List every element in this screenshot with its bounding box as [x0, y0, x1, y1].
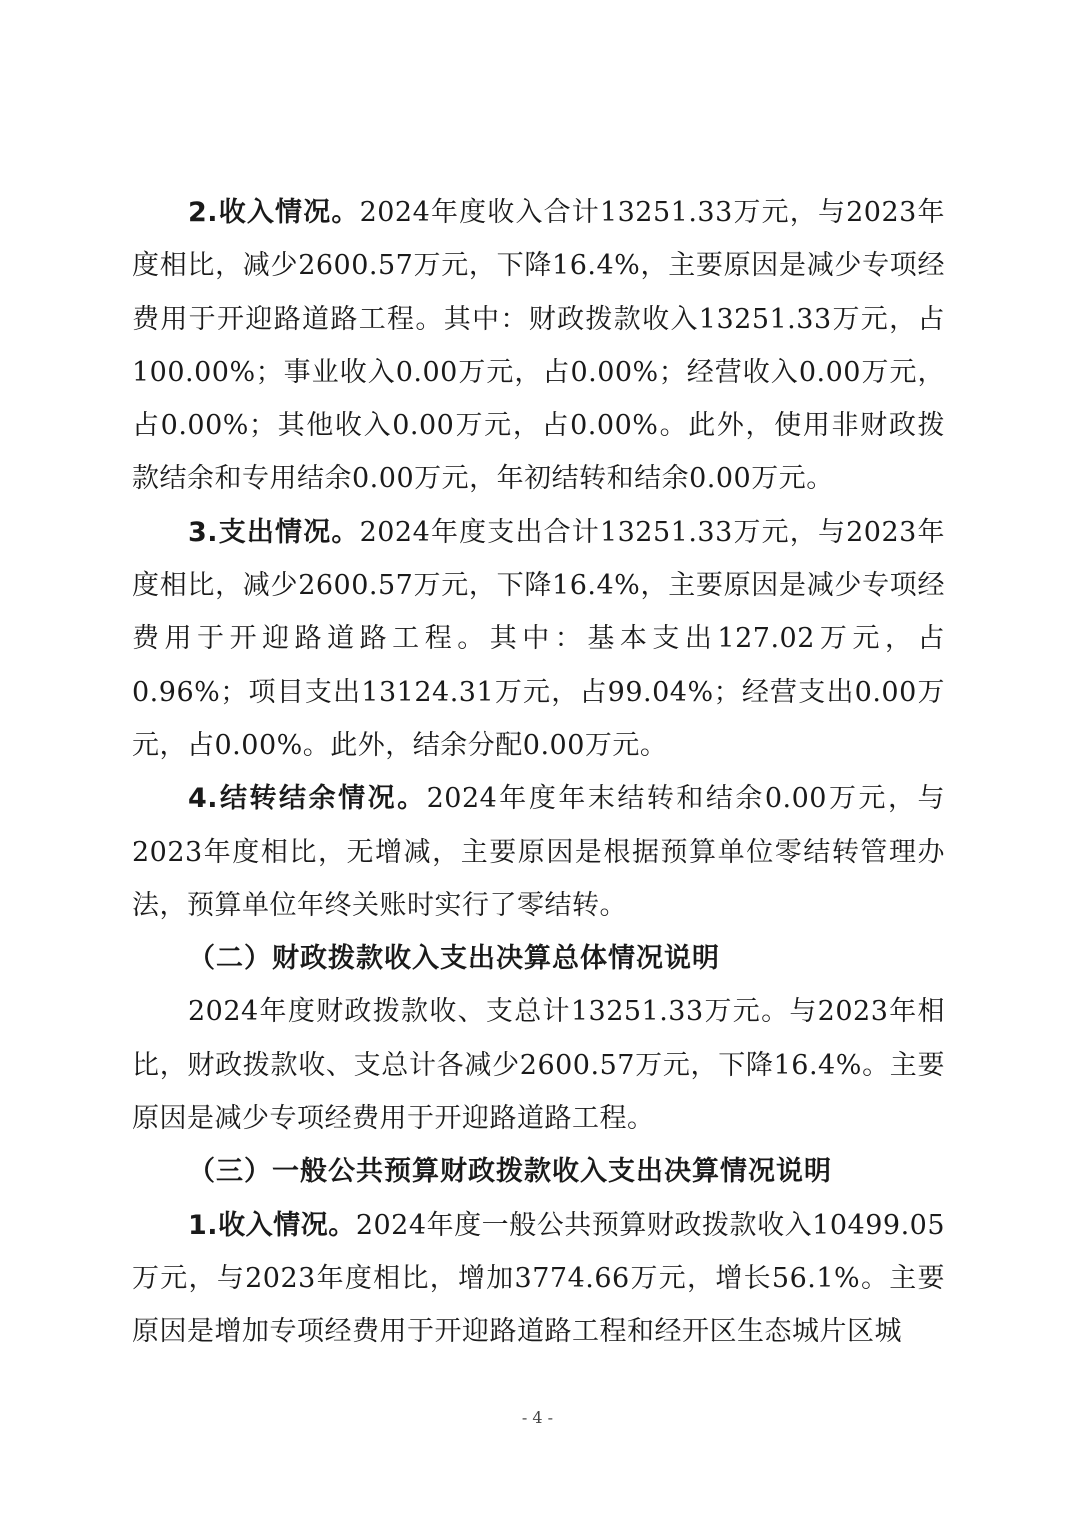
carryover-lead: 4.结转结余情况。: [188, 783, 427, 814]
document-page: 2.收入情况。2024年度收入合计13251.33万元，与2023年度相比，减少…: [132, 186, 945, 1359]
general-budget-income-lead: 1.收入情况。: [188, 1210, 356, 1241]
section-heading-2: （二）财政拨款收入支出决算总体情况说明: [132, 932, 945, 985]
expenditure-paragraph: 3.支出情况。2024年度支出合计13251.33万元，与2023年度相比，减少…: [132, 506, 945, 772]
income-lead: 2.收入情况。: [188, 197, 360, 228]
income-text: 2024年度收入合计13251.33万元，与2023年度相比，减少2600.57…: [132, 197, 945, 494]
fiscal-total-text: 2024年度财政拨款收、支总计13251.33万元。与2023年相比，财政拨款收…: [132, 996, 945, 1134]
fiscal-total-paragraph: 2024年度财政拨款收、支总计13251.33万元。与2023年相比，财政拨款收…: [132, 985, 945, 1145]
general-budget-income-paragraph: 1.收入情况。2024年度一般公共预算财政拨款收入10499.05万元，与202…: [132, 1199, 945, 1359]
carryover-paragraph: 4.结转结余情况。2024年度年末结转和结余0.00万元，与2023年度相比，无…: [132, 772, 945, 932]
income-paragraph: 2.收入情况。2024年度收入合计13251.33万元，与2023年度相比，减少…: [132, 186, 945, 506]
expenditure-text: 2024年度支出合计13251.33万元，与2023年度相比，减少2600.57…: [132, 517, 945, 761]
expenditure-lead: 3.支出情况。: [188, 517, 360, 548]
section-heading-3: （三）一般公共预算财政拨款收入支出决算情况说明: [132, 1145, 945, 1198]
page-number: - 4 -: [0, 1408, 1075, 1427]
